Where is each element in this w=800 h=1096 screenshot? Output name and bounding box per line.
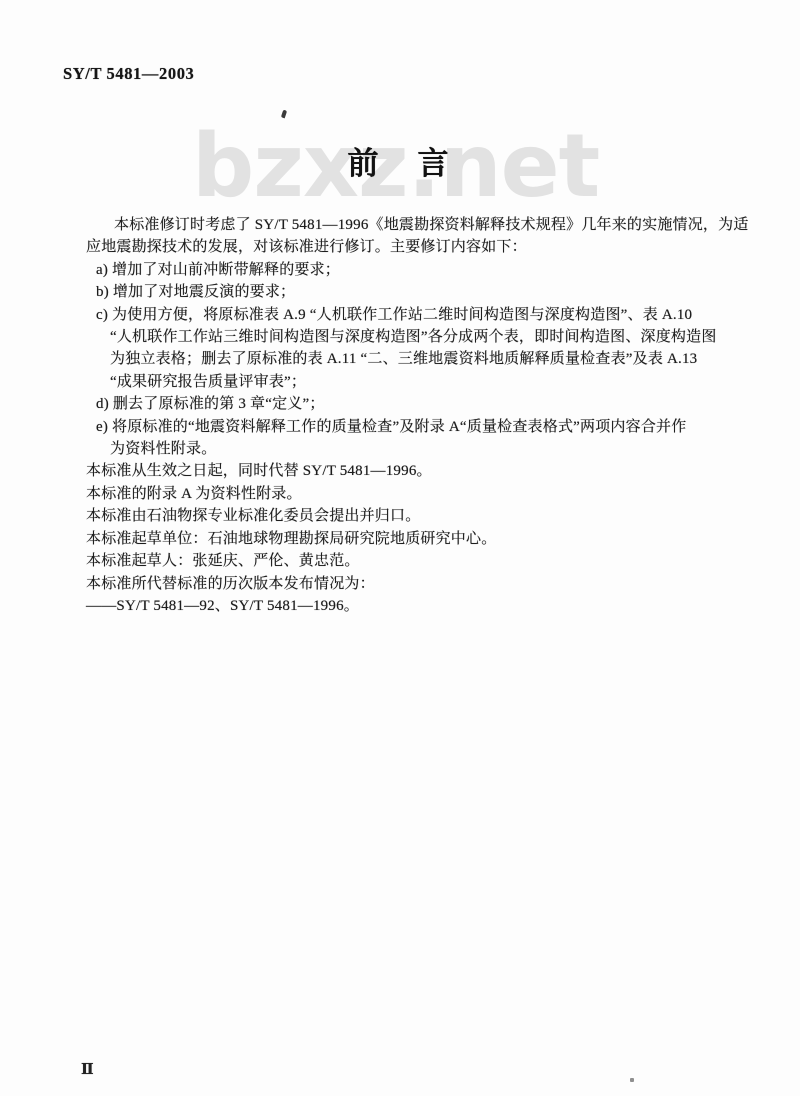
body-line: 本标准起草单位：石油地球物理勘探局研究院地质研究中心。 (84, 528, 744, 550)
list-item-c: c) 为使用方便，将原标准表 A.9 “人机联作工作站二维时间构造图与深度构造图… (84, 304, 744, 326)
body-line: 本标准所代替标准的历次版本发布情况为： (84, 573, 744, 595)
document-page: SY/T 5481—2003 bzxz.net 前 言 本标准修订时考虑了 SY… (0, 0, 800, 1096)
body-line: 为资料性附录。 (84, 438, 744, 460)
list-item-b: b) 增加了对地震反演的要求； (84, 281, 744, 303)
body-line: 本标准起草人：张延庆、严伦、黄忠范。 (84, 550, 744, 572)
body-line: “人机联作工作站三维时间构造图与深度构造图”各分成两个表，即时间构造图、深度构造… (84, 326, 744, 348)
body-line: 本标准从生效之日起，同时代替 SY/T 5481—1996。 (84, 460, 744, 482)
page-title: 前 言 (0, 138, 800, 183)
body-line: “成果研究报告质量评审表”； (84, 371, 744, 393)
body-text: 本标准修订时考虑了 SY/T 5481—1996《地震勘探资料解释技术规程》几年… (84, 214, 744, 617)
body-line: 本标准修订时考虑了 SY/T 5481—1996《地震勘探资料解释技术规程》几年… (84, 214, 744, 236)
body-line: 为独立表格；删去了原标准的表 A.11 “二、三维地震资料地质解释质量检查表”及… (84, 348, 744, 370)
body-line: 本标准的附录 A 为资料性附录。 (84, 483, 744, 505)
ink-speck (630, 1078, 634, 1082)
body-line: 应地震勘探技术的发展，对该标准进行修订。主要修订内容如下： (84, 236, 744, 258)
body-line: ——SY/T 5481—92、SY/T 5481—1996。 (84, 595, 744, 617)
page-number: Ⅱ (81, 1060, 94, 1079)
body-line: 本标准由石油物探专业标准化委员会提出并归口。 (84, 505, 744, 527)
list-item-a: a) 增加了对山前冲断带解释的要求； (84, 259, 744, 281)
list-item-d: d) 删去了原标准的第 3 章“定义”； (84, 393, 744, 415)
list-item-e: e) 将原标准的“地震资料解释工作的质量检查”及附录 A“质量检查表格式”两项内… (84, 416, 744, 438)
standard-code: SY/T 5481—2003 (63, 64, 194, 84)
